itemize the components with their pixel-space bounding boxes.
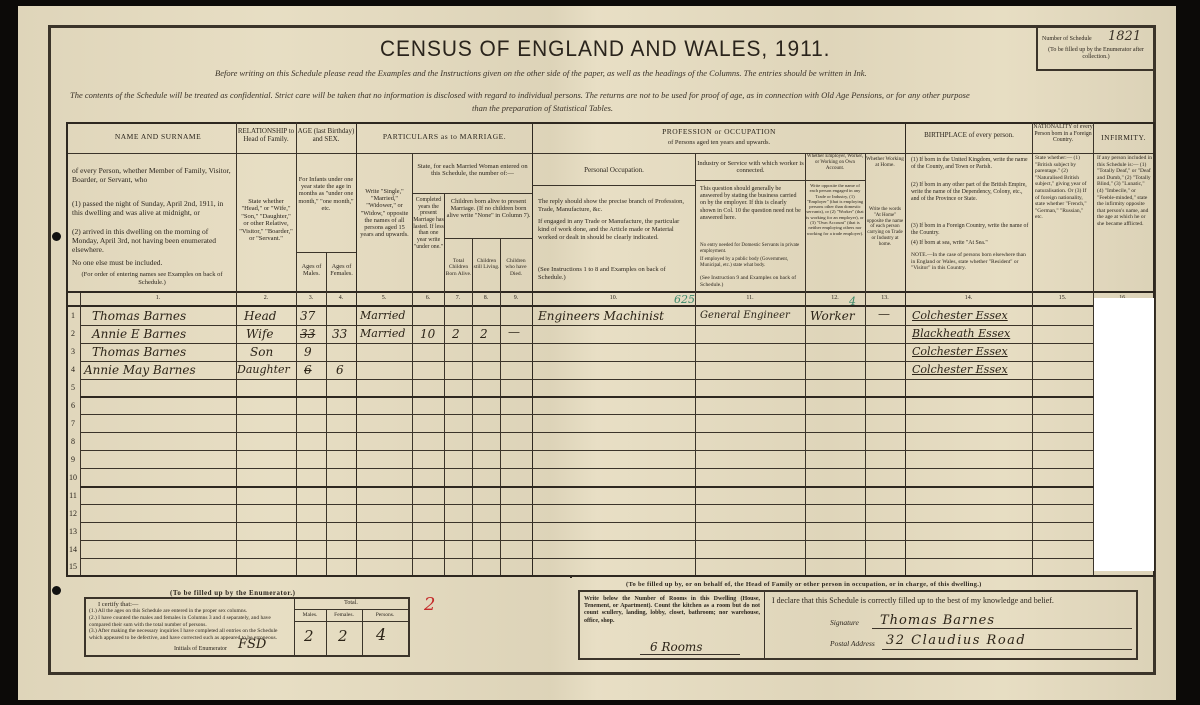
row-number: 5 (66, 383, 80, 392)
schedule-number-label: Number of Schedule (1042, 36, 1092, 42)
heading-marriage: PARTICULARS as to MARRIAGE. (357, 133, 532, 142)
industry-heading: Industry or Service with which worker is… (696, 160, 805, 175)
personal-occupation: Engineers Machinist (538, 309, 664, 323)
personal-occupation-heading: Personal Occupation. (533, 166, 695, 174)
persons-label: Persons. (362, 612, 408, 619)
total-born-label: Total Children Born Alive. (445, 258, 472, 277)
row-number: 15 (66, 562, 80, 571)
employer-heading: Whether Employer, Worker, or Working on … (806, 154, 864, 171)
instruction-line: Before writing on this Schedule please r… (215, 68, 867, 78)
name-description: of every Person, whether Member of Famil… (72, 166, 232, 184)
person-name: Annie E Barnes (92, 327, 186, 341)
birthplace-note: NOTE.—In the case of persons born elsewh… (911, 252, 1029, 272)
age-male: 37 (300, 309, 315, 323)
row-number: 8 (66, 437, 80, 446)
employment-code-annotation: 4 (849, 295, 856, 308)
signature: Thomas Barnes (880, 613, 995, 628)
industry-desc-4: (See Instruction 9 and Examples on back … (700, 275, 802, 288)
col-divider-1 (236, 122, 237, 575)
industry-desc-2: No entry needed for Domestic Servants in… (700, 243, 802, 255)
heading-infirmity: INFIRMITY. (1094, 134, 1153, 143)
name-note: (For order of entering names see Example… (72, 271, 232, 287)
person-relationship: Son (250, 345, 273, 359)
heading-name: NAME AND SURNAME (80, 133, 236, 142)
document-title: CENSUS OF ENGLAND AND WALES, 1911. (380, 36, 830, 62)
heading-occupation: PROFESSION or OCCUPATION (533, 128, 905, 137)
personal-occupation-desc-2: If engaged in any Trade or Manufacture, … (538, 218, 692, 241)
confidential-line-2: than the preparation of Statistical Tabl… (472, 103, 613, 113)
person-relationship: Head (244, 309, 276, 323)
total-sub-rule (294, 621, 408, 622)
industry: General Engineer (700, 310, 790, 321)
row-number: 3 (66, 347, 80, 356)
colnum-rule (66, 305, 1154, 307)
person-name: Thomas Barnes (92, 345, 186, 359)
heading-relationship: RELATIONSHIP to Head of Family. (237, 127, 295, 143)
children-died: — (508, 325, 520, 339)
schedule-number-note: (To be filled up by the Enumerator after… (1040, 47, 1152, 60)
col-number-3: 3. (296, 295, 326, 301)
col-number-14: 14. (905, 295, 1032, 301)
col-number-9: 9. (500, 295, 532, 301)
row-number: 12 (66, 509, 80, 518)
personal-occupation-desc-1: The reply should show the precise branch… (538, 198, 692, 214)
children-born: 2 (452, 327, 460, 341)
col-divider-7 (472, 238, 473, 575)
marriage-years-description: Completed years the present Marriage has… (413, 197, 444, 250)
birthplace: Colchester Essex (912, 363, 1008, 376)
occupation-code-annotation: 625 (674, 293, 695, 306)
row-number: 6 (66, 401, 80, 410)
working-at-home: — (878, 307, 890, 321)
col-number-1: 1. (80, 295, 236, 301)
col-number-5: 5. (356, 295, 412, 301)
birthplace: Colchester Essex (912, 309, 1008, 322)
still-living-label: Children still Living. (473, 258, 500, 271)
col-number-6: 6. (412, 295, 444, 301)
rooms-underline (640, 654, 740, 655)
signature-label: Signature (830, 618, 859, 627)
birthplace-rule-1: (1) If born in the United Kingdom, write… (911, 157, 1029, 171)
children-heading: Children born alive to present Marriage.… (446, 198, 531, 220)
occupation-subheading: of Persons aged ten years and upwards. (533, 139, 905, 146)
heading-age: AGE (last Birthday) and SEX. (297, 127, 355, 143)
col-number-8: 8. (472, 295, 500, 301)
females-label: Females. (326, 612, 362, 619)
address-label: Postal Address (830, 639, 875, 648)
personal-occupation-desc-3: (See Instructions 1 to 8 and Examples on… (538, 266, 692, 282)
name-rule-1: (1) passed the night of Sunday, April 2n… (72, 199, 232, 217)
marriage-status-description: Write "Single," "Married," "Widower," or… (358, 188, 411, 239)
confidential-line-1: The contents of the Schedule will be tre… (70, 90, 970, 100)
signature-line (872, 628, 1132, 629)
age-description: For Infants under one year state the age… (297, 176, 355, 212)
age-male-struck: 6 (304, 363, 312, 377)
person-name: Annie May Barnes (84, 363, 196, 377)
col-divider-10 (695, 153, 696, 575)
col-number-12: 12. (805, 295, 865, 301)
total-rule (294, 609, 408, 610)
person-relationship: Daughter (237, 363, 290, 376)
age-females-label: Ages of Females. (327, 263, 356, 277)
schedule-number: 1821 (1108, 29, 1141, 44)
marriage-status: Married (360, 327, 405, 340)
nationality-description: State whether:— (1) "British subject by … (1035, 155, 1092, 221)
rooms-instruction: Write below the Number of Rooms in this … (584, 596, 760, 625)
postal-address: 32 Claudius Road (886, 633, 1026, 648)
table-top-rule (66, 122, 1154, 124)
col-number-11: 11. (695, 295, 805, 301)
person-relationship: Wife (246, 327, 274, 341)
row-number: 9 (66, 455, 80, 464)
col-number-2: 2. (236, 295, 296, 301)
marriage-status: Married (360, 309, 405, 322)
age-males-label: Ages of Males. (297, 263, 326, 277)
birthplace-rule-3: (3) If born in a Foreign Country, write … (911, 223, 1029, 237)
col-number-4: 4. (326, 295, 356, 301)
rooms-divider (764, 592, 765, 658)
redacted-infirmity-column (1094, 298, 1154, 571)
address-line (882, 649, 1132, 650)
employment-status: Worker (810, 309, 855, 323)
row-number: 14 (66, 545, 80, 554)
col-number-7: 7. (444, 295, 472, 301)
rooms-count: 6 Rooms (650, 640, 702, 654)
col-number-13: 13. (865, 295, 905, 301)
total-females: 2 (338, 627, 348, 645)
row-number: 1 (66, 311, 80, 320)
col-number-15: 15. (1032, 295, 1093, 301)
birthplace-sub-rule (905, 153, 1153, 154)
total-persons: 4 (376, 625, 386, 644)
heading-birthplace: BIRTHPLACE of every person. (906, 131, 1032, 139)
industry-desc-3: If employed by a public body (Government… (700, 257, 802, 269)
col-divider-6 (444, 193, 445, 575)
age-female: 6 (336, 363, 344, 377)
children-living: 2 (480, 327, 488, 341)
industry-desc-1: This question should generally be answer… (700, 186, 802, 222)
employer-sub-rule (805, 180, 865, 181)
employer-description: Write opposite the name of each person e… (806, 183, 864, 236)
birthplace-rule-2: (2) If born in any other part of the Bri… (911, 182, 1029, 203)
col-divider-9 (532, 122, 533, 575)
declaration-text: I declare that this Schedule is correctl… (772, 596, 1054, 606)
age-sub-rule (296, 252, 356, 253)
enumerator-initials: FSD (238, 637, 266, 652)
total-males: 2 (304, 627, 314, 645)
col-divider-4 (356, 122, 357, 575)
col-divider-13 (905, 122, 906, 575)
children-sub-rule (444, 238, 532, 239)
section-divider (570, 577, 572, 578)
header-bottom-rule (66, 291, 1154, 293)
name-rule-2: (2) arrived in this dwelling on the morn… (72, 227, 232, 254)
head-of-family-heading: (To be filled up by, or on behalf of, th… (626, 581, 982, 589)
home-description: Write the words "At Home" opposite the n… (866, 207, 904, 247)
age-female: 33 (332, 327, 347, 341)
age-male: 9 (304, 345, 312, 359)
heading-nationality: NATIONALITY of every Person born in a Fo… (1033, 124, 1093, 144)
table-bottom-rule (66, 575, 1154, 577)
row-number: 7 (66, 419, 80, 428)
col-divider-rownum (80, 293, 81, 575)
relationship-description: State whether "Head," or "Wife," "Son," … (238, 198, 294, 243)
infirmity-description: If any person included in this Schedule … (1097, 155, 1152, 228)
enumerator-box: I certify that:— (1.) All the ages on th… (84, 597, 410, 657)
certify-item-2: (2.) I have counted the males and female… (89, 615, 291, 628)
col-number-10: 10. (532, 295, 695, 301)
row-number: 10 (66, 473, 80, 482)
have-died-label: Children who have Died. (501, 258, 531, 277)
col-divider-8 (500, 238, 501, 575)
marriage-sub-rule (412, 193, 532, 194)
married-woman-heading: State, for each Married Woman entered on… (414, 163, 531, 178)
initials-label: Initials of Enumerator (174, 646, 227, 653)
row-number: 4 (66, 365, 80, 374)
occupation-sub-rule (532, 185, 695, 186)
person-name: Thomas Barnes (92, 309, 186, 323)
age-male-struck: 33 (300, 327, 315, 341)
schedule-number-box: Number of Schedule 1821 (To be filled up… (1036, 27, 1154, 71)
row-number: 13 (66, 527, 80, 536)
head-of-family-box: Write below the Number of Rooms in this … (578, 590, 1138, 660)
marriage-years: 10 (420, 327, 435, 341)
industry-sub-rule (695, 180, 805, 181)
row-number: 2 (66, 329, 80, 338)
row-number: 11 (66, 491, 80, 500)
total-label: Total. (294, 600, 408, 607)
certify-item-1: (1.) All the ages on this Schedule are e… (89, 608, 291, 615)
birthplace: Colchester Essex (912, 345, 1008, 358)
males-label: Males. (294, 612, 326, 619)
home-heading: Whether Working at Home. (866, 156, 904, 168)
birthplace: Blackheath Essex (912, 327, 1010, 340)
enumerator-divider (294, 599, 295, 655)
red-annotation: 2 (424, 594, 435, 615)
col-divider-14 (1032, 122, 1033, 575)
birthplace-rule-4: (4) If born at sea, write "At Sea." (911, 240, 1029, 247)
name-rule-3: No one else must be included. (72, 258, 232, 267)
